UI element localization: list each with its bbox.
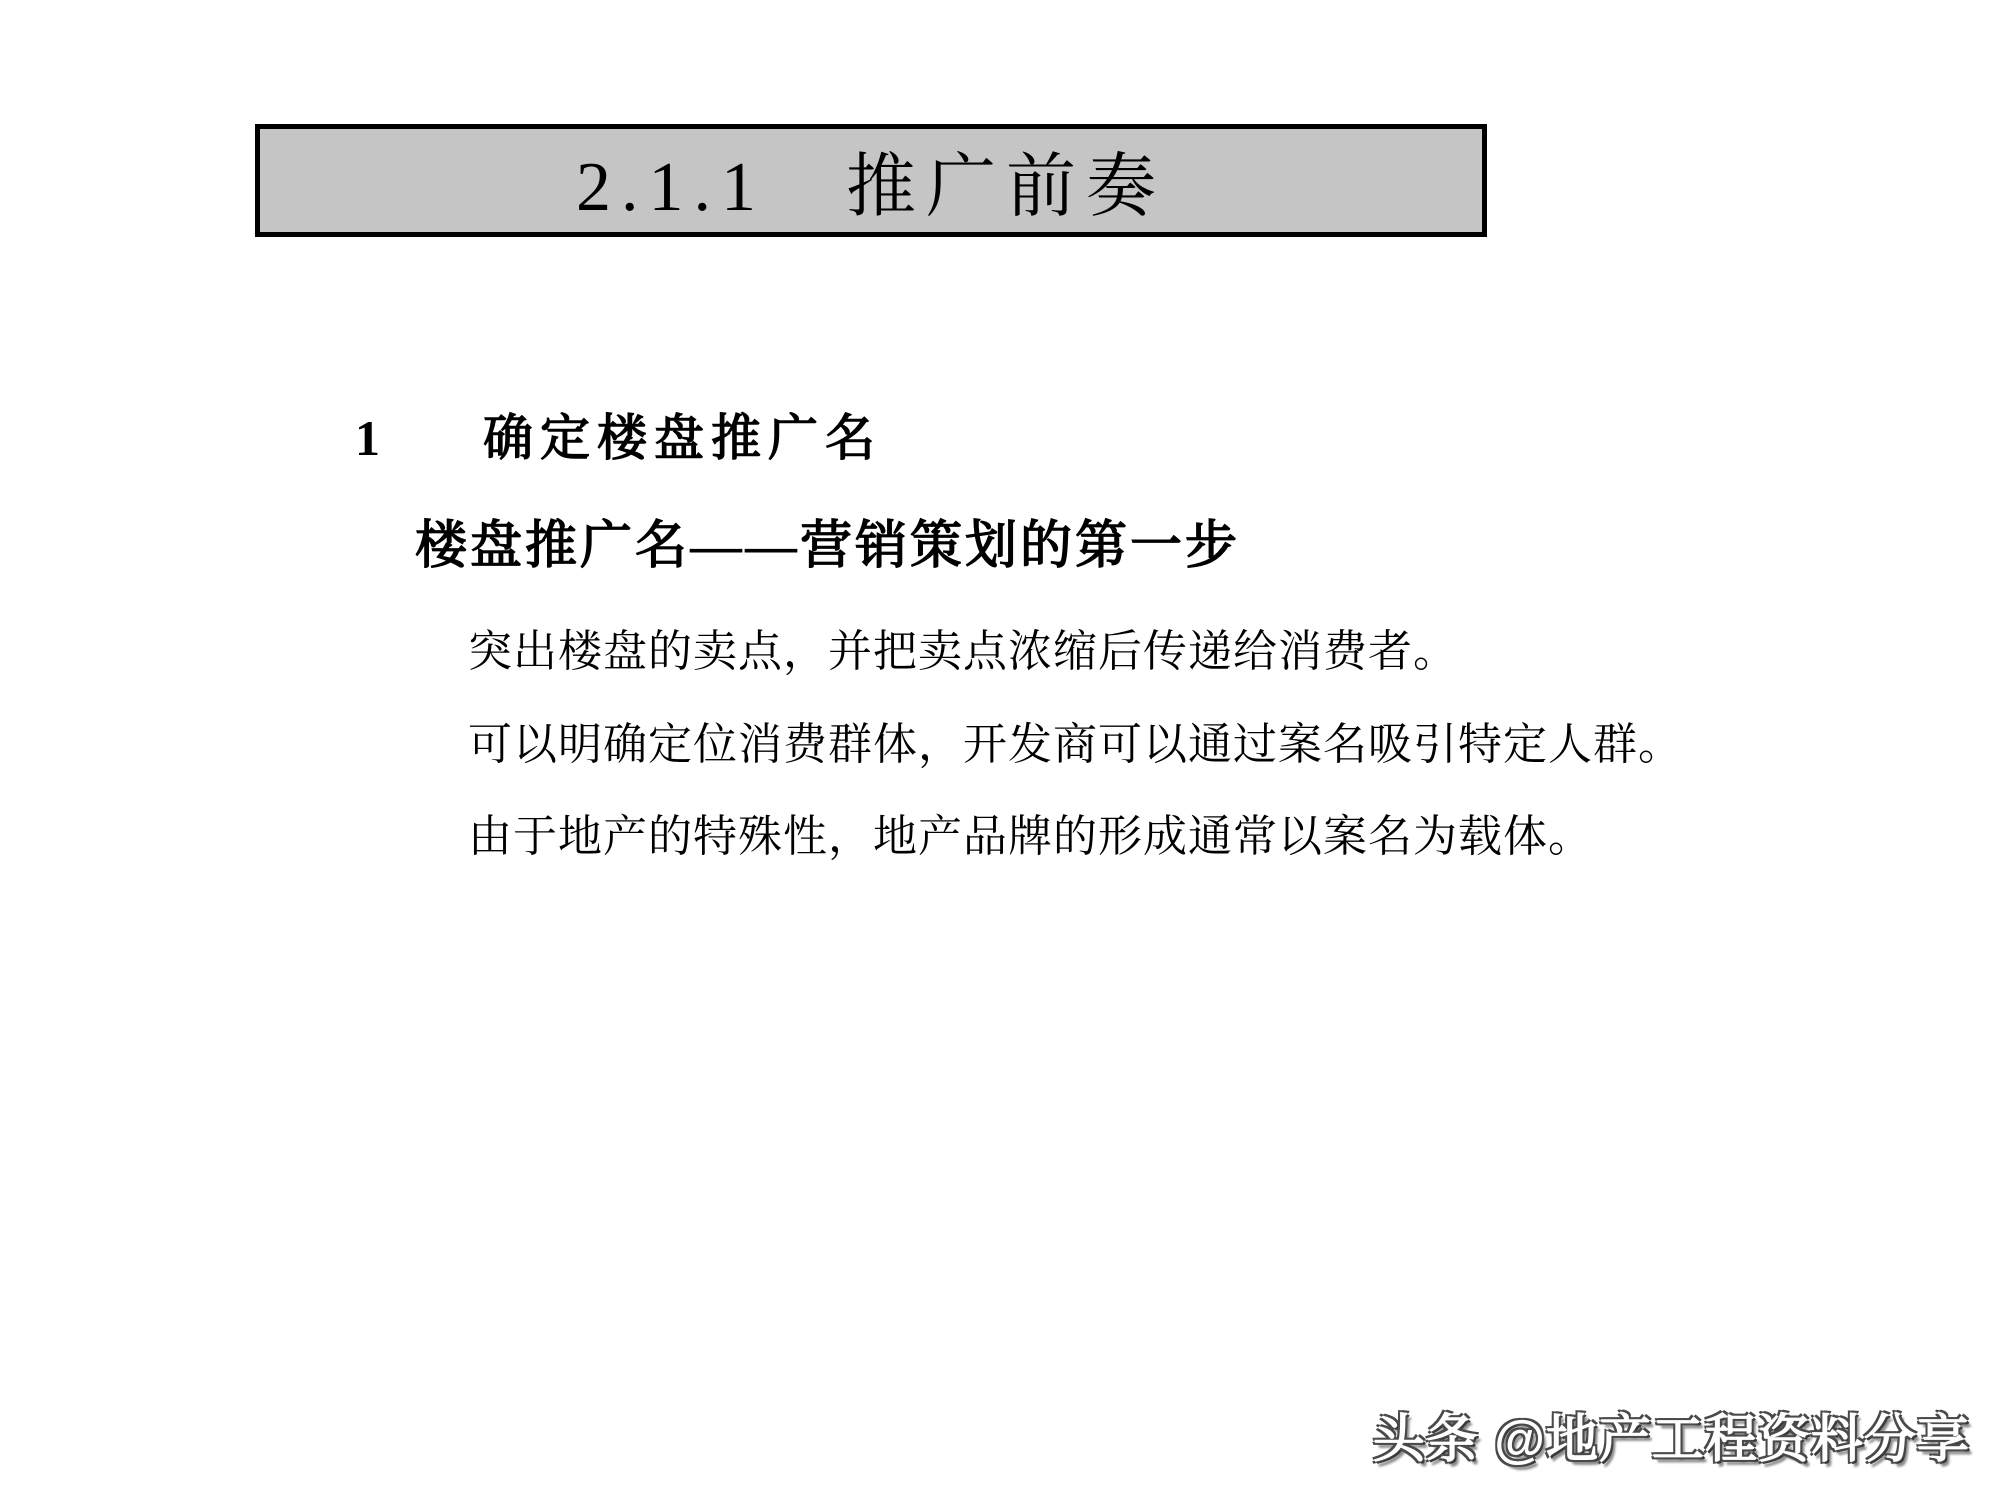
- watermark: 头条 @地产工程资料分享: [1373, 1397, 1970, 1472]
- section-number: 1: [355, 409, 483, 467]
- paragraph-3: 由于地产的特殊性，地产品牌的形成通常以案名为载体。: [468, 800, 1593, 864]
- section-heading-text: 确定楼盘推广名: [483, 410, 882, 466]
- section-heading: 1确定楼盘推广名: [355, 398, 882, 470]
- slide: 2.1.1 推广前奏 1确定楼盘推广名 楼盘推广名——营销策划的第一步 突出楼盘…: [0, 0, 2000, 1500]
- paragraph-1: 突出楼盘的卖点，并把卖点浓缩后传递给消费者。: [468, 615, 1458, 679]
- section-subheading: 楼盘推广名——营销策划的第一步: [415, 503, 1240, 578]
- paragraph-2: 可以明确定位消费群体，开发商可以通过案名吸引特定人群。: [468, 708, 1683, 772]
- title-box: 2.1.1 推广前奏: [255, 124, 1487, 237]
- slide-title: 2.1.1 推广前奏: [576, 130, 1166, 231]
